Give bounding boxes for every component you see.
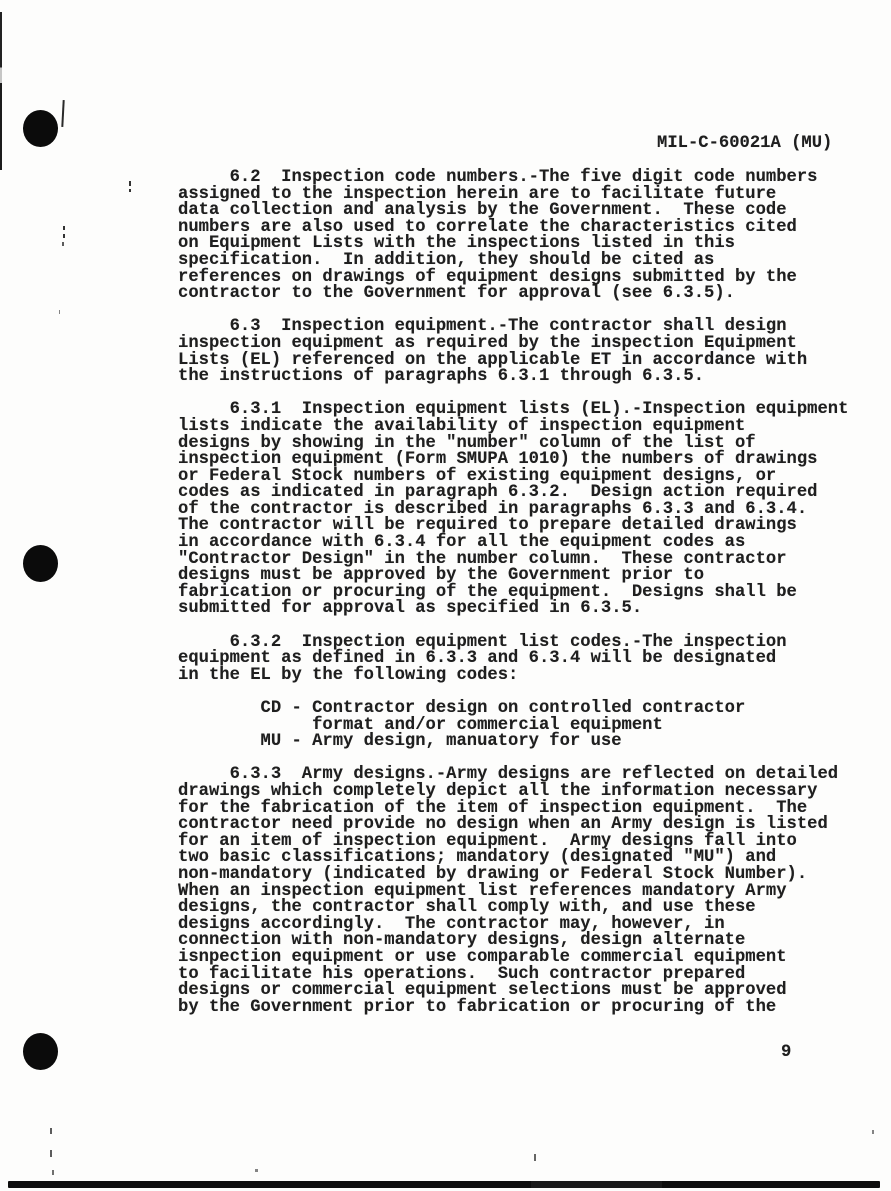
paragraph-6-3-2: 6.3.2 Inspection equipment list codes.-T… [178,635,868,685]
codes-list: CD - Contractor design on controlled con… [178,701,868,751]
paragraph-6-3-1: 6.3.1 Inspection equipment lists (EL).-I… [178,402,868,618]
scan-artifact [50,1150,52,1157]
scan-artifact [534,1154,536,1161]
punch-hole-mark [23,110,58,147]
punch-hole-mark [23,1033,58,1070]
doc-id-header: MIL-C-60021A (MU) [657,136,832,153]
scan-artifact [52,1170,54,1175]
scan-edge-line [0,12,2,170]
text-column: 6.2 Inspection code numbers.-The five di… [178,170,868,1033]
scan-bottom-edge-bar [8,1181,880,1188]
scan-artifact [129,189,131,192]
scan-artifact [63,226,65,230]
scan-artifact [872,1130,874,1134]
scan-artifact [59,310,60,314]
paragraph-6-3: 6.3 Inspection equipment.-The contractor… [178,319,868,385]
scan-artifact [63,234,65,238]
scan-artifact [62,242,64,246]
paragraph-6-3-3: 6.3.3 Army designs.-Army designs are ref… [178,767,868,1016]
punch-hole-mark [23,545,58,582]
page-number: 9 [781,1045,791,1062]
scan-artifact [50,1128,52,1134]
document-page: MIL-C-60021A (MU) 6.2 Inspection code nu… [0,0,891,1191]
scan-artifact [255,1169,258,1172]
scan-artifact [129,181,131,186]
scan-artifact [61,100,64,127]
paragraph-6-2: 6.2 Inspection code numbers.-The five di… [178,170,868,303]
